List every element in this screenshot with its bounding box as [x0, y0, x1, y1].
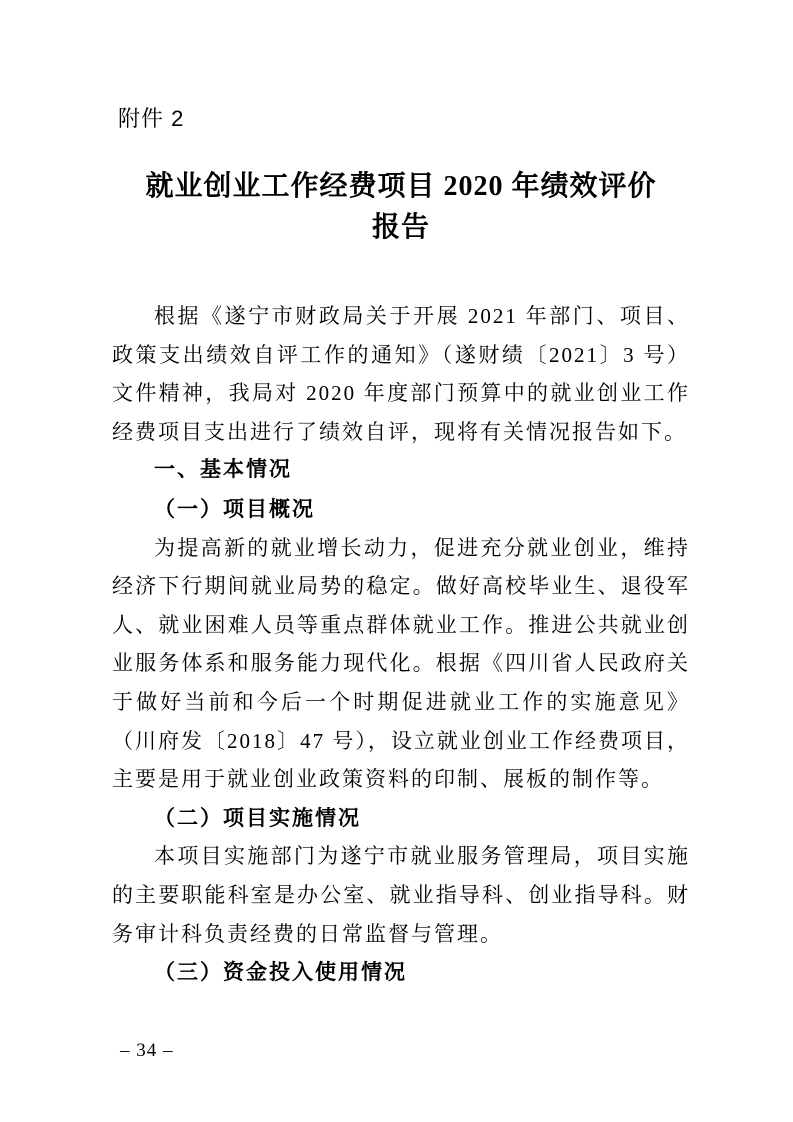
document-title: 就业创业工作经费项目 2020 年绩效评价 报告 — [112, 166, 690, 248]
page-number: – 34 – — [120, 1040, 174, 1062]
intro-paragraph: 根据《遂宁市财政局关于开展 2021 年部门、项目、政策支出绩效自评工作的通知》… — [112, 297, 690, 451]
document-page: 附件 2 就业创业工作经费项目 2020 年绩效评价 报告 根据《遂宁市财政局关… — [0, 0, 793, 1122]
section-heading-basic-info: 一、基本情况 — [112, 451, 690, 490]
attachment-label: 附件 2 — [118, 106, 184, 132]
title-line-2: 报告 — [112, 207, 690, 248]
subsection-heading-project-overview: （一）项目概况 — [112, 490, 690, 529]
subsection-heading-project-implementation: （二）项目实施情况 — [112, 799, 690, 838]
project-overview-paragraph: 为提高新的就业增长动力，促进充分就业创业，维持经济下行期间就业局势的稳定。做好高… — [112, 529, 690, 799]
title-line-1: 就业创业工作经费项目 2020 年绩效评价 — [112, 166, 690, 207]
subsection-heading-funding-usage: （三）资金投入使用情况 — [112, 953, 690, 992]
project-implementation-paragraph: 本项目实施部门为遂宁市就业服务管理局，项目实施的主要职能科室是办公室、就业指导科… — [112, 837, 690, 953]
document-body: 根据《遂宁市财政局关于开展 2021 年部门、项目、政策支出绩效自评工作的通知》… — [112, 297, 690, 992]
